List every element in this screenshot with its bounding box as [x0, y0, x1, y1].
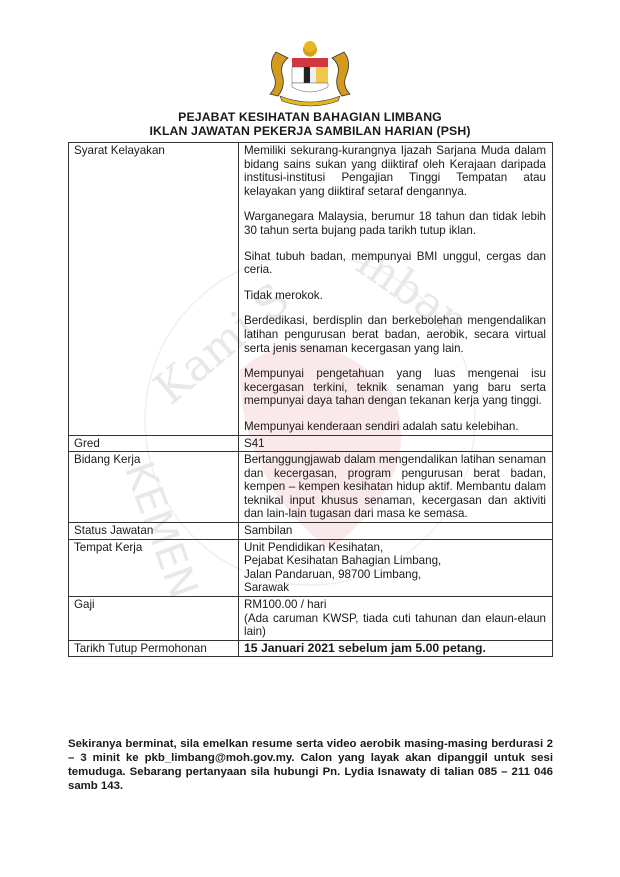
table-row-job-scope: Bidang Kerja Bertanggungjawab dalam meng… — [69, 452, 553, 523]
table-row-workplace: Tempat Kerja Unit Pendidikan Kesihatan, … — [69, 539, 553, 596]
salary-rate: RM100.00 / hari — [244, 598, 546, 612]
address-line: Unit Pendidikan Kesihatan, — [244, 541, 546, 555]
address-line: Sarawak — [244, 581, 546, 595]
qualification-item: Tidak merokok. — [244, 289, 546, 303]
row-label: Status Jawatan — [69, 523, 239, 540]
table-row-qualifications: Syarat Kelayakan Memiliki sekurang-kuran… — [69, 143, 553, 436]
office-heading: PEJABAT KESIHATAN BAHAGIAN LIMBANG — [0, 110, 620, 124]
qualifications-list: Memiliki sekurang-kurangnya Ijazah Sarja… — [239, 143, 553, 436]
row-label: Bidang Kerja — [69, 452, 239, 523]
qualification-item: Mempunyai pengetahuan yang luas mengenai… — [244, 367, 546, 408]
position-status-value: Sambilan — [239, 523, 553, 540]
table-row-closing-date: Tarikh Tutup Permohonan 15 Januari 2021 … — [69, 640, 553, 657]
row-label: Tarikh Tutup Permohonan — [69, 640, 239, 657]
row-label: Tempat Kerja — [69, 539, 239, 596]
qualification-item: Berdedikasi, berdisplin dan berkebolehan… — [244, 314, 546, 355]
closing-date-value: 15 Januari 2021 sebelum jam 5.00 petang. — [239, 640, 553, 657]
job-scope-value: Bertanggungjawab dalam mengendalikan lat… — [239, 452, 553, 523]
application-instructions: Sekiranya berminat, sila emelkan resume … — [68, 738, 553, 793]
grade-value: S41 — [239, 435, 553, 452]
qualification-item: Sihat tubuh badan, mempunyai BMI unggul,… — [244, 250, 546, 277]
table-row-position-status: Status Jawatan Sambilan — [69, 523, 553, 540]
row-label: Gred — [69, 435, 239, 452]
salary-value: RM100.00 / hari (Ada caruman KWSP, tiada… — [239, 597, 553, 641]
row-label: Syarat Kelayakan — [69, 143, 239, 436]
coat-of-arms-icon — [262, 38, 358, 108]
qualification-item: Memiliki sekurang-kurangnya Ijazah Sarja… — [244, 144, 546, 198]
qualification-item: Warganegara Malaysia, berumur 18 tahun d… — [244, 210, 546, 237]
address-line: Pejabat Kesihatan Bahagian Limbang, — [244, 554, 546, 568]
table-row-salary: Gaji RM100.00 / hari (Ada caruman KWSP, … — [69, 597, 553, 641]
workplace-address: Unit Pendidikan Kesihatan, Pejabat Kesih… — [239, 539, 553, 596]
advertisement-title: IKLAN JAWATAN PEKERJA SAMBILAN HARIAN (P… — [0, 124, 620, 138]
salary-note: (Ada caruman KWSP, tiada cuti tahunan da… — [244, 612, 546, 639]
job-details-table: Syarat Kelayakan Memiliki sekurang-kuran… — [68, 142, 553, 657]
row-label: Gaji — [69, 597, 239, 641]
address-line: Jalan Pandaruan, 98700 Limbang, — [244, 568, 546, 582]
table-row-grade: Gred S41 — [69, 435, 553, 452]
qualification-item: Mempunyai kenderaan sendiri adalah satu … — [244, 420, 546, 434]
